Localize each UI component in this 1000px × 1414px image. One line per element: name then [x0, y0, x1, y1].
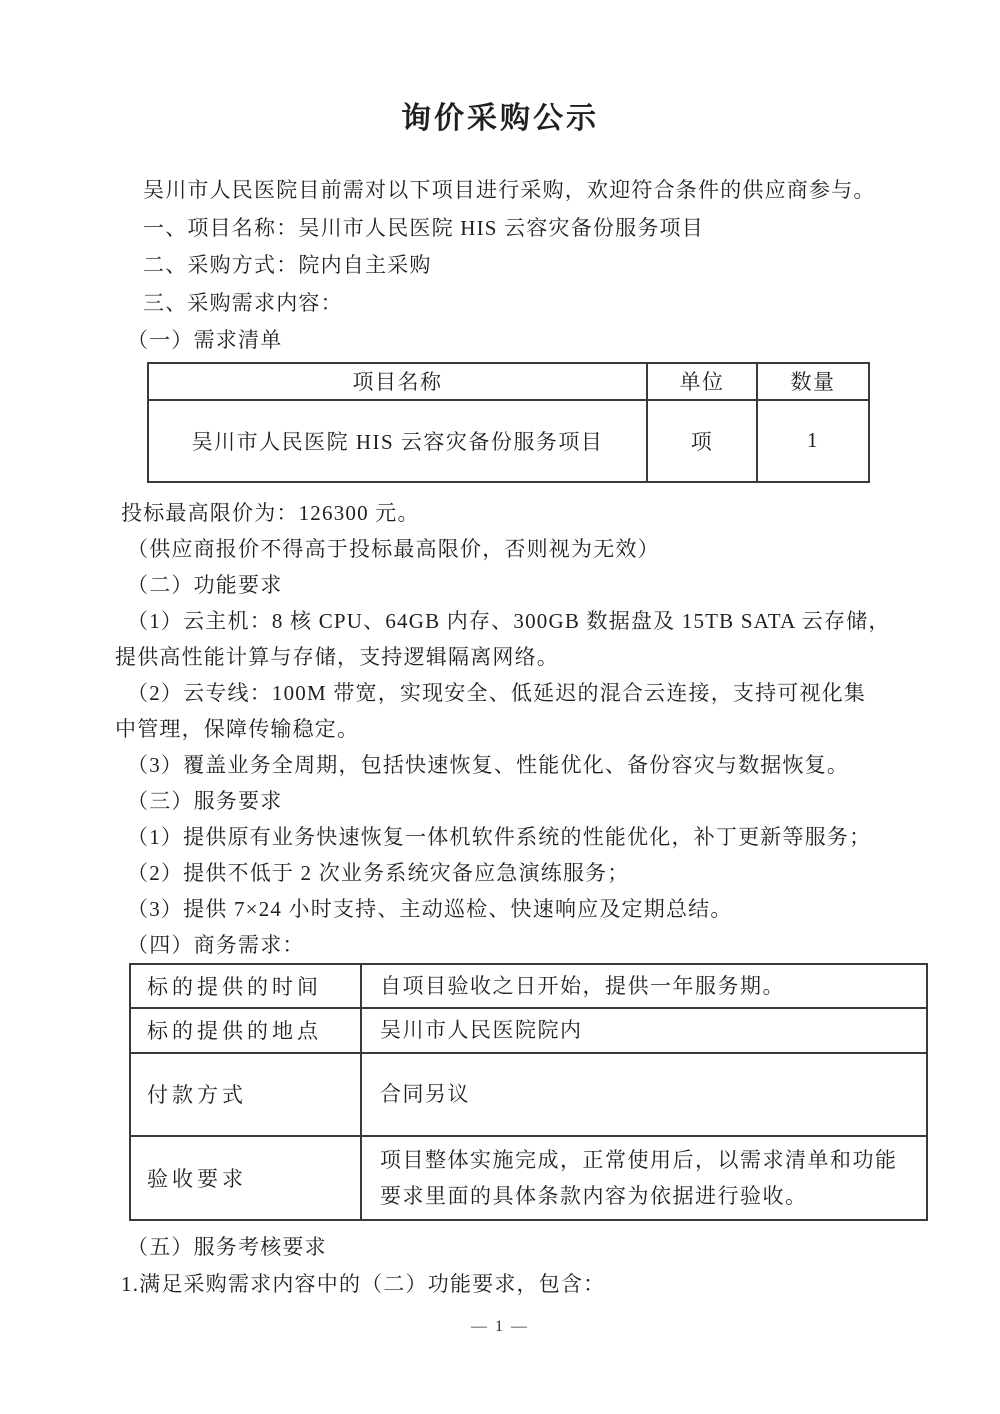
demand-list-table: 项目名称 单位 数量 吴川市人民医院 HIS 云容灾备份服务项目 项 1 [147, 362, 870, 483]
row-value-cell: 合同另议 [361, 1053, 927, 1136]
row-value-cell: 自项目验收之日开始，提供一年服务期。 [361, 964, 927, 1008]
text-line: （2）提供不低于 2 次业务系统灾备应急演练服务； [115, 855, 922, 891]
text-line-demand-list-heading: （一）需求清单 [115, 322, 922, 360]
row-value-cell: 项目整体实施完成，正常使用后，以需求清单和功能要求里面的具体条款内容为依据进行验… [361, 1136, 927, 1220]
table-cell-quantity: 1 [757, 400, 869, 482]
page-number: — 1 — [0, 1318, 1000, 1336]
row-label-cell: 标的提供的时间 [130, 964, 361, 1008]
table-header-cell: 数量 [757, 363, 869, 400]
text-line: （1）提供原有业务快速恢复一体机软件系统的性能优化，补丁更新等服务； [115, 819, 922, 855]
text-line-service-heading: （三）服务要求 [115, 783, 922, 819]
table-row: 标的提供的时间 自项目验收之日开始，提供一年服务期。 [130, 964, 927, 1008]
text-line-max-price: 投标最高限价为：126300 元。 [115, 495, 916, 531]
text-line: （3）提供 7×24 小时支持、主动巡检、快速响应及定期总结。 [115, 891, 922, 927]
row-value-cell: 吴川市人民医院院内 [361, 1008, 927, 1053]
text-line: （供应商报价不得高于投标最高限价，否则视为无效） [115, 531, 922, 567]
text-line: 提供高性能计算与存储，支持逻辑隔离网络。 [115, 639, 910, 675]
table-cell-unit: 项 [647, 400, 757, 482]
table-header-cell: 项目名称 [148, 363, 647, 400]
table-header-row: 项目名称 单位 数量 [148, 363, 869, 400]
row-label-cell: 付款方式 [130, 1053, 361, 1136]
text-line-business-heading: （四）商务需求： [115, 927, 922, 963]
table-header-cell: 单位 [647, 363, 757, 400]
table-row: 吴川市人民医院 HIS 云容灾备份服务项目 项 1 [148, 400, 869, 482]
table-row: 验收要求 项目整体实施完成，正常使用后，以需求清单和功能要求里面的具体条款内容为… [130, 1136, 927, 1220]
document-page: 询价采购公示 吴川市人民医院目前需对以下项目进行采购，欢迎符合条件的供应商参与。… [0, 0, 1000, 1414]
intro-section: 吴川市人民医院目前需对以下项目进行采购，欢迎符合条件的供应商参与。 一、项目名称… [0, 172, 1000, 360]
table-row: 标的提供的地点 吴川市人民医院院内 [130, 1008, 927, 1053]
table-cell-project: 吴川市人民医院 HIS 云容灾备份服务项目 [148, 400, 647, 482]
text-line-project-name: 一、项目名称：吴川市人民医院 HIS 云容灾备份服务项目 [115, 210, 938, 248]
table-row: 付款方式 合同另议 [130, 1053, 927, 1136]
text-line-requirements-heading: 三、采购需求内容： [115, 285, 938, 323]
row-label-cell: 验收要求 [130, 1136, 361, 1220]
text-line-procurement-method: 二、采购方式：院内自主采购 [115, 247, 938, 285]
text-line: （3）覆盖业务全周期，包括快速恢复、性能优化、备份容灾与数据恢复。 [115, 747, 922, 783]
text-line: 吴川市人民医院目前需对以下项目进行采购，欢迎符合条件的供应商参与。 [115, 172, 938, 210]
assessment-section: （五）服务考核要求 1.满足采购需求内容中的（二）功能要求，包含： [0, 1229, 1000, 1304]
text-line-function-heading: （二）功能要求 [115, 567, 922, 603]
business-requirements-table: 标的提供的时间 自项目验收之日开始，提供一年服务期。 标的提供的地点 吴川市人民… [129, 963, 928, 1221]
text-line: （2）云专线：100M 带宽，实现安全、低延迟的混合云连接，支持可视化集 [115, 675, 922, 711]
requirements-section: 投标最高限价为：126300 元。 （供应商报价不得高于投标最高限价，否则视为无… [0, 495, 1000, 963]
document-title: 询价采购公示 [0, 0, 1000, 138]
row-label-cell: 标的提供的地点 [130, 1008, 361, 1053]
text-line: 中管理，保障传输稳定。 [115, 711, 910, 747]
text-line: （1）云主机：8 核 CPU、64GB 内存、300GB 数据盘及 15TB S… [115, 603, 922, 639]
text-line: 1.满足采购需求内容中的（二）功能要求，包含： [115, 1266, 916, 1304]
text-line-assessment-heading: （五）服务考核要求 [115, 1229, 922, 1267]
